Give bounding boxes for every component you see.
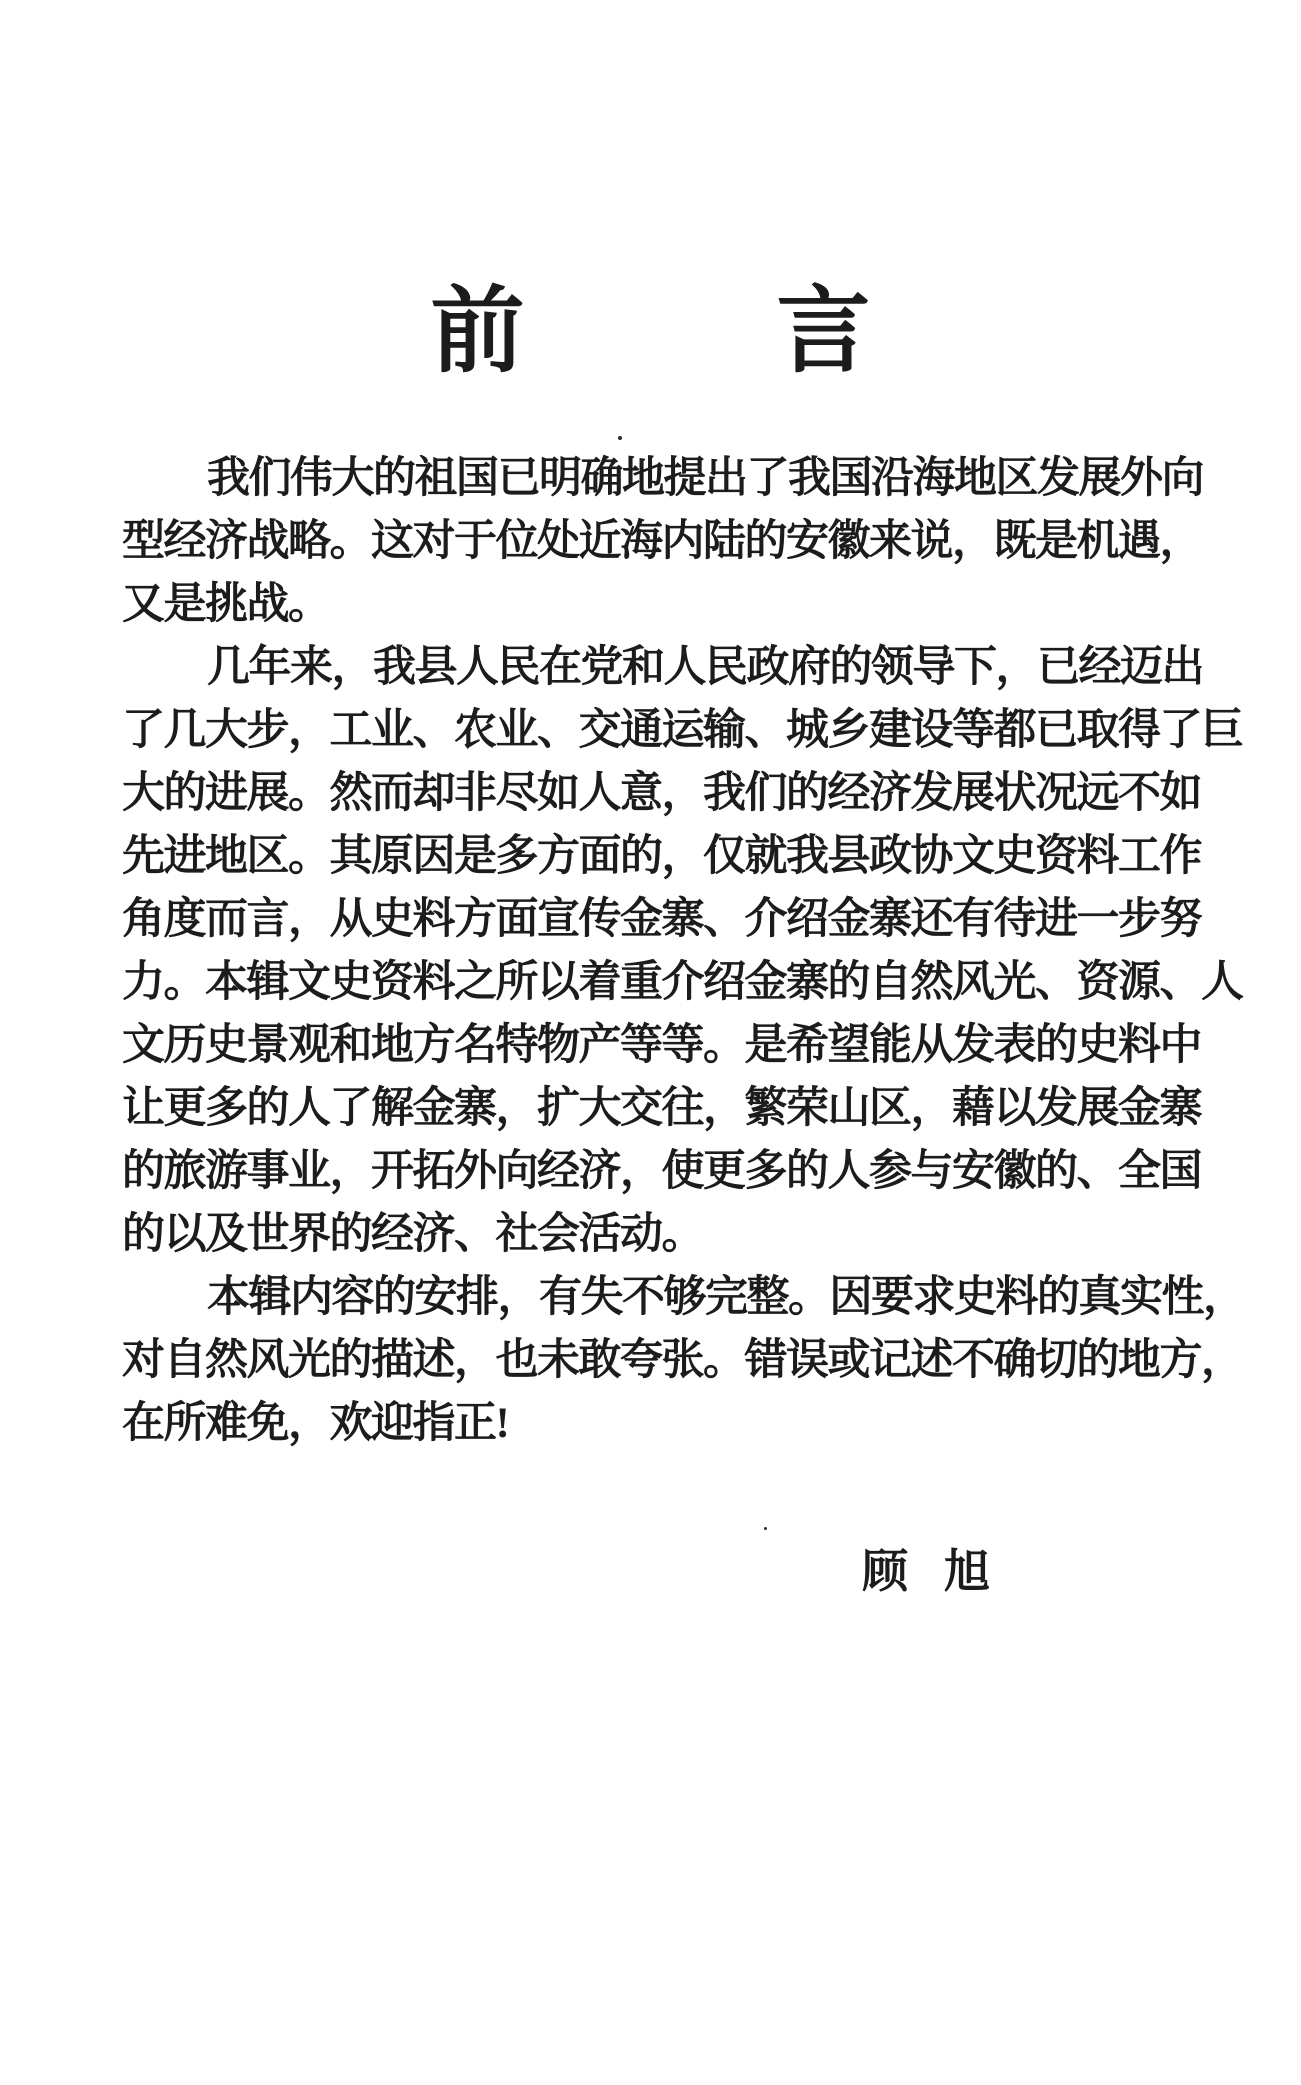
- body-line: 先进地区。其原因是多方面的，仅就我县政协文史资料工作: [122, 825, 1197, 888]
- page-title: 前 言: [0, 280, 1301, 385]
- body-line: 力。本辑文史资料之所以着重介绍金寨的自然风光、资源、人: [122, 951, 1197, 1014]
- scanned-book-page: 前 言 我们伟大的祖国已明确地提出了我国沿海地区发展外向 型经济战略。这对于位处…: [0, 0, 1301, 2085]
- body-line: 的以及世界的经济、社会活动。: [122, 1203, 1197, 1266]
- body-line: 文历史景观和地方名特物产等等。是希望能从发表的史料中: [122, 1014, 1197, 1077]
- body-line: 本辑内容的安排，有失不够完整。因要求史料的真实性，: [122, 1266, 1197, 1329]
- scan-speck: [618, 436, 622, 440]
- body-line: 让更多的人了解金寨，扩大交往，繁荣山区，藉以发展金寨: [122, 1077, 1197, 1140]
- scan-speck: [764, 1527, 767, 1530]
- signature-char-left: 顾: [862, 1547, 908, 1598]
- body-line: 在所难免，欢迎指正!: [122, 1392, 1197, 1455]
- body-line: 我们伟大的祖国已明确地提出了我国沿海地区发展外向: [122, 447, 1197, 510]
- body-line: 大的进展。然而却非尽如人意，我们的经济发展状况远不如: [122, 762, 1197, 825]
- body-line: 的旅游事业，开拓外向经济，使更多的人参与安徽的、全国: [122, 1140, 1197, 1203]
- body-line: 型经济战略。这对于位处近海内陆的安徽来说，既是机遇，: [122, 510, 1197, 573]
- body-line: 几年来，我县人民在党和人民政府的领导下，已经迈出: [122, 636, 1197, 699]
- title-char-left: 前: [430, 280, 524, 385]
- author-signature: 顾 旭: [862, 1547, 990, 1598]
- title-char-right: 言: [777, 280, 871, 385]
- body-line: 角度而言，从史料方面宣传金寨、介绍金寨还有待进一步努: [122, 888, 1197, 951]
- body-line: 对自然风光的描述，也未敢夸张。错误或记述不确切的地方，: [122, 1329, 1197, 1392]
- signature-char-right: 旭: [944, 1547, 990, 1598]
- preface-body: 我们伟大的祖国已明确地提出了我国沿海地区发展外向 型经济战略。这对于位处近海内陆…: [122, 447, 1197, 1455]
- body-line: 了几大步，工业、农业、交通运输、城乡建设等都已取得了巨: [122, 699, 1197, 762]
- body-line: 又是挑战。: [122, 573, 1197, 636]
